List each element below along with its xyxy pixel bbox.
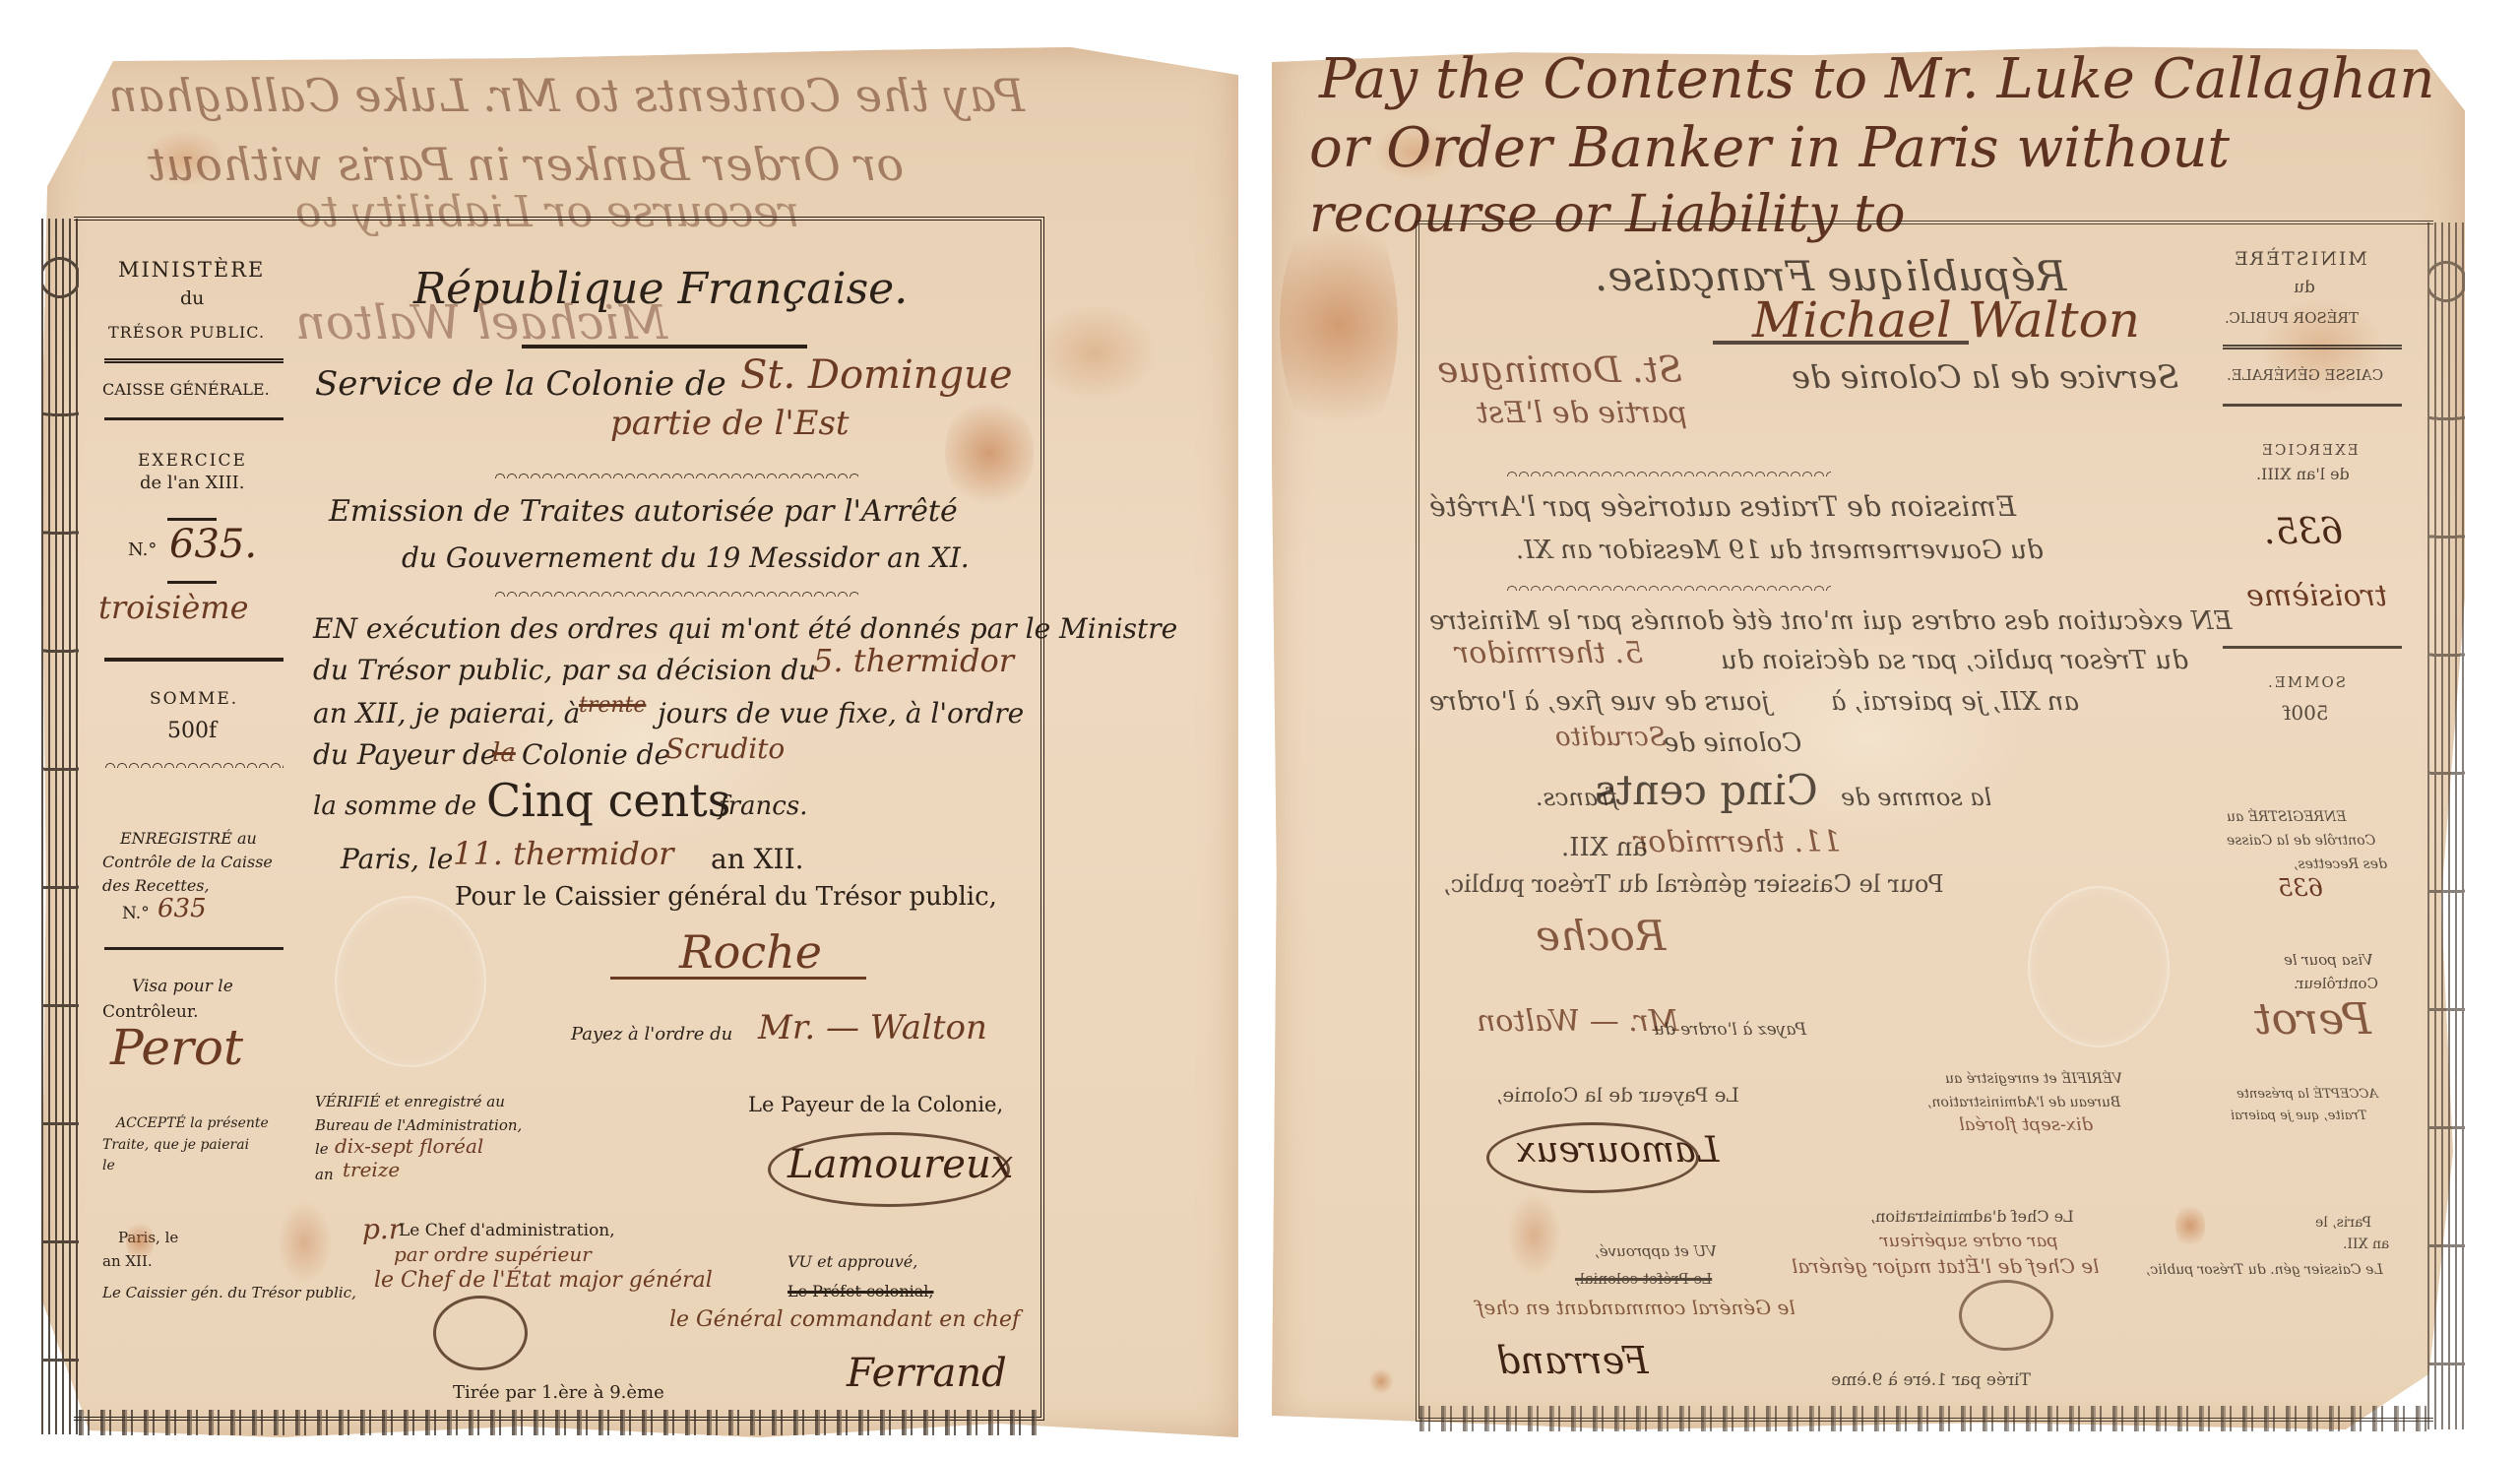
ministry-heading: MINISTÈRE: [118, 258, 265, 282]
service-handwritten-2-mirrored: partie de l'Est: [1477, 396, 1687, 430]
verifie-line1-mirrored: VÉRIFIÉ et enregistré au: [1945, 1071, 2122, 1087]
amount-in-words: Cinq cents: [486, 774, 730, 827]
body-line3a: an XII, je paierai, à: [313, 697, 580, 729]
somme-value-mirrored: 500f: [2284, 701, 2329, 725]
payez-printed-mirrored: Payez à l'ordre du: [1654, 1020, 1806, 1040]
general-signature-mirrored: Ferrand: [1496, 1339, 1649, 1382]
body-line3-mirrored: jours de vue fixe, à l'ordre: [1429, 687, 1770, 717]
enregistre-line1-mirrored: ENREGISTRÉ au: [2227, 809, 2346, 825]
endorsement-line1: Pay the Contents to Mr. Luke Callaghan: [1319, 47, 2434, 111]
enregistre-number-label: N.°: [122, 904, 150, 923]
chef-hand-line2: le Chef de l'État major général: [374, 1268, 713, 1293]
service-handwritten-mirrored: St. Domingue: [1437, 350, 1682, 391]
service-handwritten: St. Domingue: [740, 352, 1013, 398]
caissier-signature-mirrored: Roche: [1536, 912, 1666, 960]
sidebar-divider-mirrored: [2223, 404, 2402, 407]
somme-flourish: [104, 760, 283, 768]
accepte-line1: ACCEPTÉ la présente: [116, 1115, 269, 1131]
body-line5a-mirrored: la somme de: [1841, 784, 1991, 811]
emission-ornament-top: [494, 471, 858, 478]
foxing-stain: [126, 1219, 154, 1264]
payeur-signature-mirrored: Lamoureux: [1516, 1130, 1719, 1171]
emission-line1-mirrored: Emission de Traites autorisée par l'Arrê…: [1429, 490, 2016, 523]
accepte-line2-mirrored: Traite, que je paierai: [2231, 1109, 2366, 1123]
verifie-date-handwritten: dix-sept floréal: [335, 1134, 483, 1158]
number-value: 635.: [169, 522, 257, 567]
chef-hand-line1-mirrored: par ordre supérieur: [1880, 1231, 2058, 1251]
body-line4b: Colonie de: [522, 738, 670, 771]
paris-line1-mirrored: Paris, le: [2315, 1215, 2371, 1231]
sidebar-divider-mirrored: [2223, 345, 2402, 349]
walton-showthrough: Michael Walton: [295, 295, 667, 350]
sidebar-divider: [104, 417, 283, 420]
emission-line2: du Gouvernement du 19 Messidor an XI.: [402, 541, 970, 574]
visa-signature: Perot: [110, 1019, 243, 1076]
payez-handwritten: Mr. — Walton: [758, 1008, 987, 1047]
tiree-note: Tirée par 1.ère à 9.ème: [453, 1382, 664, 1403]
caisse-generale-mirrored: CAISSE GÉNÉRALE.: [2227, 366, 2383, 384]
bottom-ornamental-border: [79, 1410, 1039, 1435]
chef-hand-line2-mirrored: le Chef de l'État major général: [1792, 1254, 2100, 1278]
enregistre-line2: Contrôle de la Caisse: [102, 853, 273, 871]
foxing-stain: [2175, 1201, 2205, 1250]
exercice-year-mirrored: de l'an XIII.: [2256, 465, 2350, 483]
service-printed-mirrored: Service de la Colonie de: [1792, 358, 2178, 396]
body-line3a-mirrored: an XII, je paierai, à: [1831, 687, 2079, 717]
ministry-tresor: TRÉSOR PUBLIC.: [108, 323, 265, 342]
body-line2-mirrored: du Trésor public, par sa décision du: [1721, 646, 2188, 675]
decision-date-mirrored: 5. thermidor: [1455, 636, 1643, 670]
emission-line1: Emission de Traites autorisée par l'Arrê…: [329, 494, 958, 529]
embossed-seal: [335, 896, 486, 1067]
date-handwritten: 11. thermidor: [453, 835, 673, 872]
prefet-struck-mirrored: Le Préfet colonial,: [1575, 1270, 1712, 1288]
verifie-line2-mirrored: Bureau de l'Administration,: [1927, 1095, 2120, 1110]
accepte-line2: Traite, que je paierai: [102, 1137, 249, 1153]
chef-label-mirrored: Le Chef d'administration,: [1870, 1207, 2074, 1226]
signature-flourish: [610, 977, 866, 980]
ministry-du-mirrored: du: [2294, 278, 2315, 297]
foxing-stain: [1280, 197, 1398, 453]
payeur-signature-loop: [768, 1132, 1010, 1207]
somme-label-mirrored: SOMME.: [2266, 673, 2346, 691]
visa-signature-mirrored: Perot: [2254, 994, 2371, 1045]
verifie-line4: an: [315, 1166, 334, 1183]
exercice-label: EXERCICE: [138, 451, 247, 471]
colony-handwritten-mirrored: Scrudito: [1555, 723, 1667, 752]
verifie-line1: VÉRIFIÉ et enregistré au: [315, 1093, 505, 1110]
chef-seal-mirrored: [1959, 1280, 2053, 1351]
sidebar-divider: [104, 658, 283, 662]
foxing-stain: [1368, 1368, 1394, 1394]
body-line5b: francs.: [719, 792, 807, 821]
colony-handwritten: Scrudito: [665, 732, 785, 765]
general-handwritten-mirrored: le Général commandant en chef: [1477, 1296, 1795, 1319]
body-line1: EN exécution des ordres qui m'ont été do…: [313, 612, 1177, 645]
chef-signature-seal: [433, 1296, 528, 1370]
somme-value: 500f: [167, 719, 217, 743]
emission-line2-mirrored: du Gouvernement du 19 Messidor an XI.: [1516, 536, 2044, 565]
body-line4-mirrored: Colonie de: [1664, 729, 1801, 758]
verifie-date-mirrored: dix-sept floréal: [1959, 1114, 2093, 1135]
visa-line1-mirrored: Visa pour le: [2284, 951, 2373, 969]
number-label: N.°: [128, 539, 157, 560]
title-underline-mirrored: [1713, 341, 1969, 345]
sidebar-divider: [104, 358, 283, 363]
title-underline: [522, 345, 807, 349]
colony-article-struck: la: [492, 738, 516, 768]
body-line2: du Trésor public, par sa décision du: [313, 654, 816, 686]
caissier-label-mirrored: Le Caissier gén. du Trésor public,: [2146, 1262, 2383, 1278]
enregistre-number-value: 635: [157, 894, 207, 923]
payeur-label-mirrored: Le Payeur de la Colonie,: [1496, 1083, 1739, 1107]
foxing-stain: [945, 394, 1034, 512]
chef-prefix: p.r: [362, 1213, 402, 1245]
sidebar-divider: [167, 518, 217, 521]
prefet-struck: Le Préfet colonial,: [787, 1282, 933, 1300]
days-struck: trente: [579, 693, 646, 718]
caissier-signature: Roche: [679, 925, 822, 979]
ministry-du: du: [180, 287, 204, 309]
enregistre-line1: ENREGISTRÉ au: [120, 829, 257, 848]
payez-printed: Payez à l'ordre du: [571, 1024, 732, 1045]
series-mirrored: troisième: [2246, 579, 2387, 613]
paris-line2-mirrored: an XII.: [2343, 1236, 2389, 1252]
endorsement-line2: or Order Banker in Paris without: [1309, 116, 2230, 180]
accepte-line1-mirrored: ACCEPTÉ la présente: [2236, 1087, 2378, 1102]
enregistre-line3-mirrored: des Recettes,: [2294, 856, 2387, 872]
tiree-note-mirrored: Tirée par 1.ère à 9.ème: [1831, 1370, 2031, 1390]
sidebar-divider: [104, 947, 283, 950]
service-printed: Service de la Colonie de: [315, 364, 726, 404]
emission-ornament-bottom-mirrored: [1506, 583, 1831, 591]
sidebar-divider-mirrored: [2223, 646, 2402, 649]
amount-mirrored: Cinq cents: [1595, 766, 1818, 814]
embossed-seal-mirrored: [2028, 886, 2170, 1047]
body-line3b: jours de vue fixe, à l'ordre: [658, 697, 1024, 729]
date-handwritten-mirrored: 11. thermidor: [1634, 825, 1841, 859]
ministry-tresor-mirrored: TRÉSOR PUBLIC.: [2225, 309, 2359, 327]
date-year: an XII.: [711, 843, 804, 875]
verifie-year-handwritten: treize: [343, 1158, 400, 1181]
caisse-generale: CAISSE GÉNÉRALE.: [102, 380, 270, 399]
endorsement-showthrough-line1: Pay the Contents to Mr. Luke Callaghan: [108, 69, 1025, 122]
chef-label: Le Chef d'administration,: [399, 1221, 615, 1240]
body-line5a: la somme de: [313, 792, 476, 821]
body-line4a: du Payeur de: [313, 738, 496, 771]
general-handwritten: le Général commandant en chef: [669, 1307, 1020, 1332]
verifie-line2: Bureau de l'Administration,: [315, 1116, 522, 1134]
body-line5b-mirrored: francs.: [1536, 784, 1618, 811]
vu-approuve: VU et approuvé,: [787, 1252, 917, 1271]
series-handwritten: troisième: [98, 589, 249, 626]
body-line1-mirrored: EN exécution des ordres qui m'ont été do…: [1429, 606, 2233, 636]
chef-hand-line1: par ordre supérieur: [394, 1242, 592, 1266]
number-value-mirrored: 635.: [2264, 512, 2343, 552]
exercice-year: de l'an XIII.: [140, 473, 245, 493]
somme-label: SOMME.: [150, 689, 238, 709]
payeur-label: Le Payeur de la Colonie,: [748, 1093, 1003, 1116]
vu-approuve-mirrored: VU et approuvé,: [1595, 1242, 1717, 1260]
caissier-label: Le Caissier gén. du Trésor public,: [102, 1284, 356, 1301]
general-signature: Ferrand: [847, 1351, 1007, 1396]
visa-line1: Visa pour le: [132, 977, 233, 996]
verifie-line3: le: [315, 1140, 329, 1158]
date-year-mirrored: an XII.: [1561, 833, 1648, 862]
pour-caissier: Pour le Caissier général du Trésor publi…: [455, 882, 997, 912]
visa-line2-mirrored: Contrôleur.: [2294, 975, 2378, 992]
bottom-ornamental-border-showthrough: [1419, 1406, 2427, 1431]
enregistre-line2-mirrored: Contrôle de la Caisse: [2227, 833, 2375, 849]
emission-ornament-top-mirrored: [1506, 469, 1831, 476]
service-handwritten-2: partie de l'Est: [610, 404, 850, 443]
enregistre-line3: des Recettes,: [102, 876, 210, 895]
pour-caissier-mirrored: Pour le Caissier général du Trésor publi…: [1443, 870, 1944, 898]
decision-date-handwritten: 5. thermidor: [813, 642, 1014, 679]
republique-title-mirrored: République Française.: [1595, 252, 2066, 300]
enregistre-number-mirrored: 635: [2278, 874, 2323, 902]
exercice-label-mirrored: EXERCICE: [2260, 441, 2359, 459]
ministry-heading-mirrored: MINISTÈRE: [2233, 248, 2367, 270]
endorsement-showthrough-line2: or Order Banker in Paris without: [148, 138, 904, 191]
payez-handwritten-mirrored: Mr. — Walton: [1477, 1004, 1679, 1039]
emission-ornament-bottom: [494, 589, 858, 597]
accepte-line3: le: [102, 1158, 115, 1173]
date-printed: Paris, le: [341, 843, 453, 875]
sidebar-divider: [167, 581, 217, 584]
